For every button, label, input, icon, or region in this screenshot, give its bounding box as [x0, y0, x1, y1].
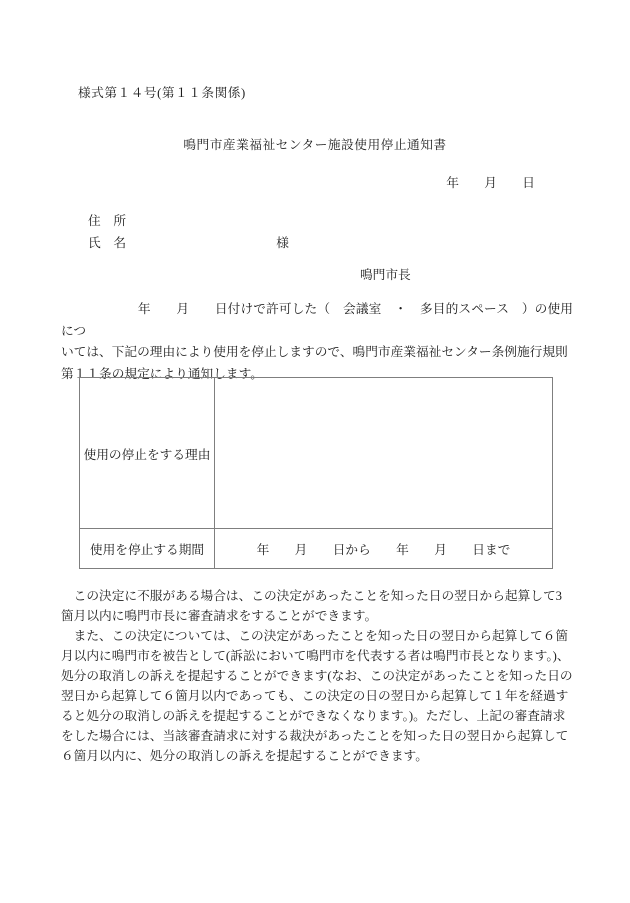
- name-label: 氏 名: [88, 236, 126, 250]
- note-line: ると処分の取消しの訴えを提起することができなくなります。)。ただし、上記の審査請…: [61, 706, 575, 726]
- document-title: 鳴門市産業福祉センター施設使用停止通知書: [0, 134, 630, 153]
- note-line: また、この決定については、この決定があったことを知った日の翌日から起算して６箇: [61, 626, 575, 646]
- table-row-period: 使用を停止する期間 年 月 日から 年 月 日まで: [80, 529, 553, 569]
- note-line: をした場合には、当該審査請求に対する裁決があったことを知った日の翌日から起算して: [61, 726, 575, 746]
- reason-label: 使用の停止をする理由: [80, 378, 215, 529]
- period-value: 年 月 日から 年 月 日まで: [215, 529, 553, 569]
- honorific-sama: 様: [276, 232, 289, 251]
- note-line: 月以内に鳴門市を被告として(訴訟において鳴門市を代表する者は鳴門市長となります。…: [61, 646, 575, 666]
- note-line: ６箇月以内に、処分の取消しの訴えを提起することができます。: [61, 746, 575, 766]
- note-line: 翌日から起算して６箇月以内であっても、この決定の日の翌日から起算して１年を経過す: [61, 686, 575, 706]
- reason-value: [215, 378, 553, 529]
- period-label: 使用を停止する期間: [80, 529, 215, 569]
- suspension-table: 使用の停止をする理由 使用を停止する期間 年 月 日から 年 月 日まで: [79, 377, 553, 569]
- note-line: 箇月以内に鳴門市長に審査請求をすることができます。: [61, 606, 575, 626]
- issue-date-line: 年 月 日: [0, 172, 535, 191]
- form-number: 様式第１４号(第１１条関係): [78, 82, 246, 101]
- addressee-row: 氏 名 様: [88, 232, 289, 251]
- body-line: 年 月 日付けで許可した（ 会議室 ・ 多目的スペース ）の使用につ: [61, 299, 573, 342]
- mayor-signature: 鳴門市長: [360, 264, 411, 283]
- note-line: この決定に不服がある場合は、この決定があったことを知った日の翌日から起算して3: [61, 586, 575, 606]
- body-line: いては、下記の理由により使用を停止しますので、鳴門市産業福祉センター条例施行規則: [61, 342, 573, 364]
- body-paragraph: 年 月 日付けで許可した（ 会議室 ・ 多目的スペース ）の使用につ いては、下…: [61, 299, 573, 385]
- appeal-notes-paragraph: この決定に不服がある場合は、この決定があったことを知った日の翌日から起算して3 …: [61, 586, 575, 766]
- address-label: 住 所: [88, 210, 126, 229]
- table-row-reason: 使用の停止をする理由: [80, 378, 553, 529]
- note-line: 処分の取消しの訴えを提起することができます(なお、この決定があったことを知った日…: [61, 666, 575, 686]
- document-page: 様式第１４号(第１１条関係) 鳴門市産業福祉センター施設使用停止通知書 年 月 …: [0, 0, 630, 903]
